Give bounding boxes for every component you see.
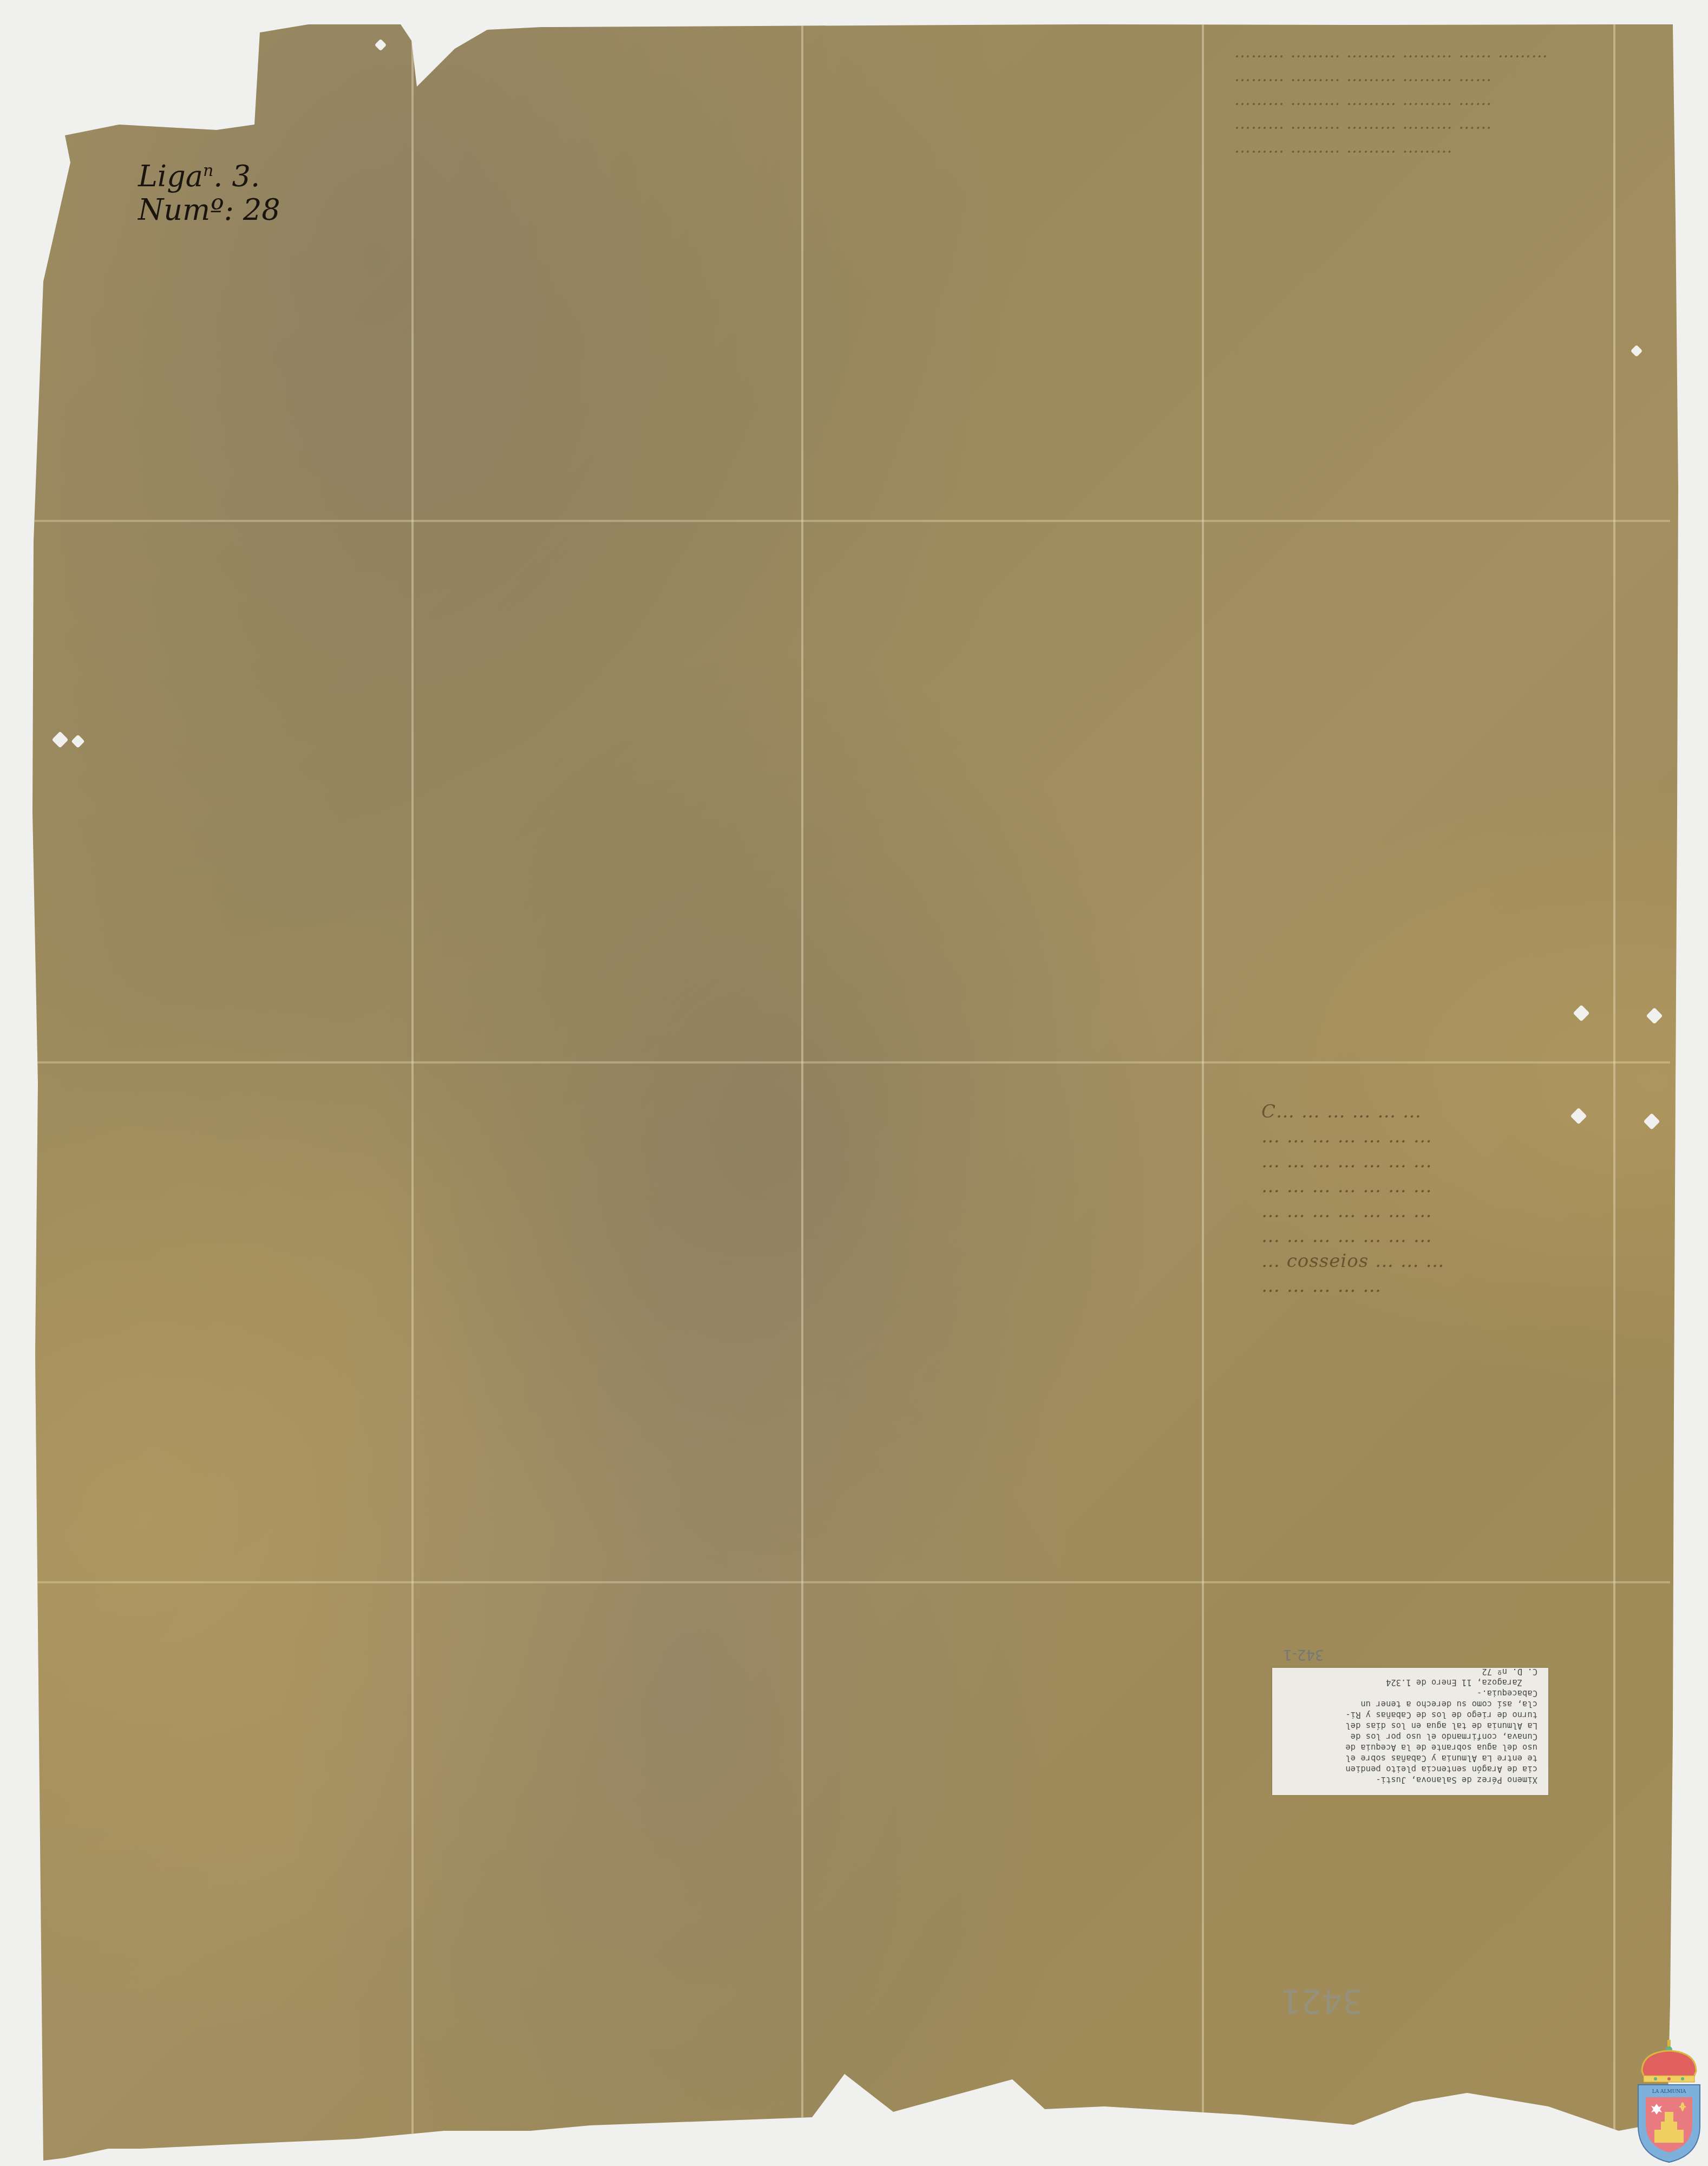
pencil-number-bottom: 3421 <box>1280 1982 1363 2020</box>
faded-script-top: ……… ……… ……… ……… …… ……… ……… ……… ……… ……… …… <box>1234 41 1646 160</box>
faded-script-endorsement: C… … … … … … … … … … … … … … … … … … … …… <box>1261 1099 1597 1299</box>
archive-shelf-mark: Ligan. 3. Numº: 28 <box>138 154 280 227</box>
municipal-coat-of-arms: LA ALMUNIA <box>1634 2039 1704 2163</box>
fold-line <box>1613 22 1615 2134</box>
fold-line <box>801 22 803 2134</box>
fold-line <box>411 22 414 2134</box>
typed-catalog-label: Ximeno Pérez de Salanova, Justi- cia de … <box>1272 1668 1548 1795</box>
fold-line <box>32 1061 1670 1064</box>
label-pencil-number: 342-1 <box>1283 1646 1324 1662</box>
svg-text:LA ALMUNIA: LA ALMUNIA <box>1652 2089 1686 2095</box>
archive-mark-line1: Ligan. 3. <box>138 154 280 193</box>
fold-line <box>32 1581 1670 1583</box>
fold-line <box>1202 22 1204 2134</box>
coat-of-arms-icon: LA ALMUNIA <box>1634 2039 1704 2163</box>
archive-mark-line2: Numº: 28 <box>138 193 280 227</box>
fold-line <box>32 520 1670 522</box>
parchment-sheet <box>0 0 1708 2166</box>
